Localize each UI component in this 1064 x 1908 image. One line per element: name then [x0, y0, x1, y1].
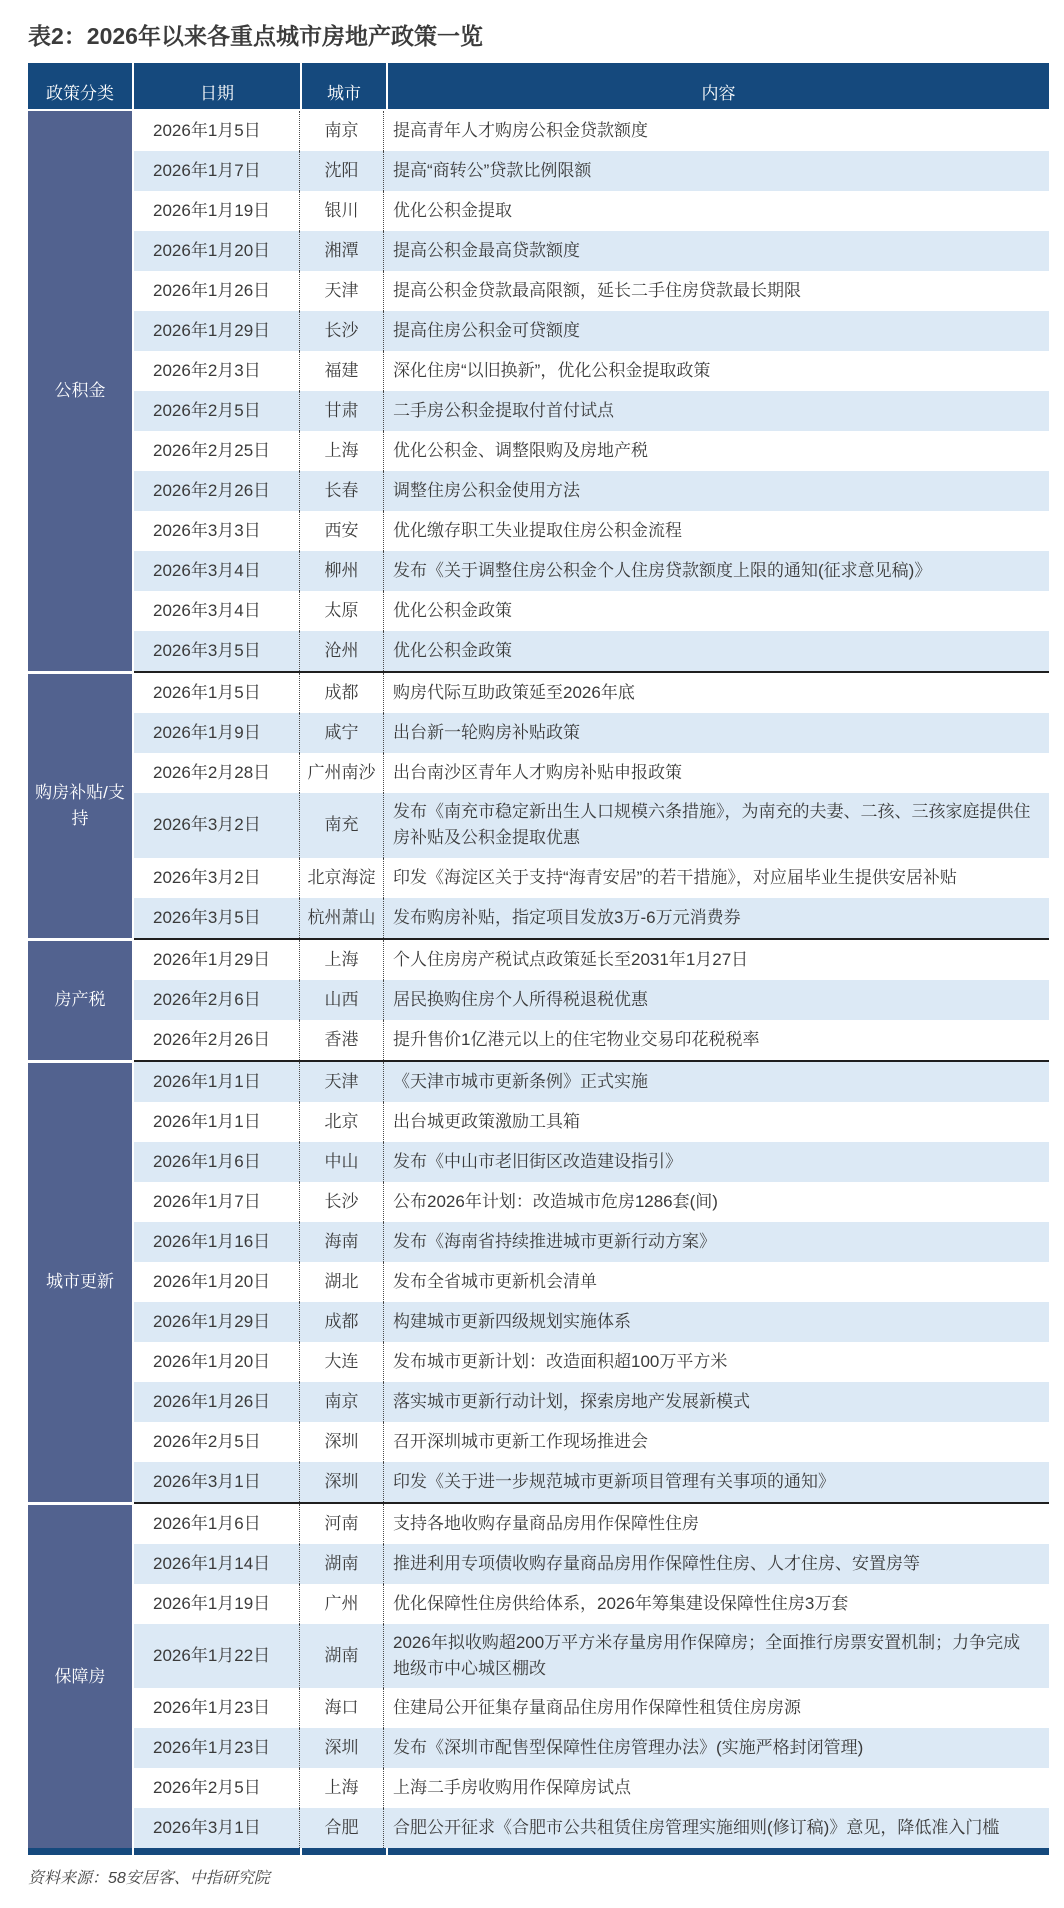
table-row: 2026年2月5日深圳召开深圳城市更新工作现场推进会: [134, 1422, 1049, 1462]
content-cell: 发布《关于调整住房公积金个人住房贷款额度上限的通知(征求意见稿)》: [384, 551, 1049, 591]
date-cell: 2026年1月20日: [134, 1262, 300, 1302]
table-row: 2026年1月23日海口住建局公开征集存量商品住房用作保障性租赁住房房源: [134, 1688, 1049, 1728]
city-cell: 南京: [300, 111, 384, 151]
content-cell: 二手房公积金提取付首付试点: [384, 391, 1049, 431]
content-cell: 出台南沙区青年人才购房补贴申报政策: [384, 753, 1049, 793]
table-row: 2026年3月4日太原优化公积金政策: [134, 591, 1049, 631]
city-cell: 上海: [300, 1768, 384, 1808]
city-cell: 天津: [300, 1062, 384, 1102]
table-row: 2026年1月1日北京出台城更政策激励工具箱: [134, 1102, 1049, 1142]
content-cell: 提高青年人才购房公积金贷款额度: [384, 111, 1049, 151]
content-cell: 优化保障性住房供给体系，2026年筹集建设保障性住房3万套: [384, 1584, 1049, 1624]
data-source-note: 资料来源：58安居客、中指研究院: [28, 1865, 1049, 1888]
city-cell: 湖南: [300, 1544, 384, 1584]
table-row: 2026年1月6日中山发布《中山市老旧街区改造建设指引》: [134, 1142, 1049, 1182]
content-cell: 落实城市更新行动计划，探索房地产发展新模式: [384, 1382, 1049, 1422]
table-row: 2026年1月29日长沙提高住房公积金可贷额度: [134, 311, 1049, 351]
date-cell: 2026年1月26日: [134, 271, 300, 311]
date-cell: 2026年1月26日: [134, 1382, 300, 1422]
category-cell: 公积金: [28, 111, 132, 671]
category-cell: 保障房: [28, 1505, 132, 1849]
city-cell: 山西: [300, 980, 384, 1020]
table-row: 2026年3月3日西安优化缴存职工失业提取住房公积金流程: [134, 511, 1049, 551]
table-row: 2026年1月20日湖北发布全省城市更新机会清单: [134, 1262, 1049, 1302]
table-row: 2026年1月19日广州优化保障性住房供给体系，2026年筹集建设保障性住房3万…: [134, 1584, 1049, 1624]
city-cell: 深圳: [300, 1422, 384, 1462]
category-cell: 房产税: [28, 941, 132, 1060]
date-cell: 2026年3月4日: [134, 551, 300, 591]
table-bottom-bar: [28, 1848, 1049, 1855]
policy-section: 公积金2026年1月5日南京提高青年人才购房公积金贷款额度2026年1月7日沈阳…: [28, 111, 1049, 671]
content-cell: 发布《海南省持续推进城市更新行动方案》: [384, 1222, 1049, 1262]
date-cell: 2026年3月5日: [134, 898, 300, 938]
table-row: 2026年2月26日香港提升售价1亿港元以上的住宅物业交易印花税税率: [134, 1020, 1049, 1060]
date-cell: 2026年2月5日: [134, 1768, 300, 1808]
content-cell: 住建局公开征集存量商品住房用作保障性租赁住房房源: [384, 1688, 1049, 1728]
city-cell: 香港: [300, 1020, 384, 1060]
date-cell: 2026年1月1日: [134, 1062, 300, 1102]
policy-section: 购房补贴/支持2026年1月5日成都购房代际互助政策延至2026年底2026年1…: [28, 671, 1049, 938]
content-cell: 《天津市城市更新条例》正式实施: [384, 1062, 1049, 1102]
section-rows: 2026年1月6日河南支持各地收购存量商品房用作保障性住房2026年1月14日湖…: [134, 1502, 1049, 1849]
date-cell: 2026年1月19日: [134, 191, 300, 231]
city-cell: 大连: [300, 1342, 384, 1382]
date-cell: 2026年1月7日: [134, 151, 300, 191]
city-cell: 长春: [300, 471, 384, 511]
city-cell: 南京: [300, 1382, 384, 1422]
table-row: 2026年1月14日湖南推进利用专项债收购存量商品房用作保障性住房、人才住房、安…: [134, 1544, 1049, 1584]
date-cell: 2026年3月2日: [134, 858, 300, 898]
date-cell: 2026年3月3日: [134, 511, 300, 551]
city-cell: 沈阳: [300, 151, 384, 191]
table-row: 2026年1月5日南京提高青年人才购房公积金贷款额度: [134, 111, 1049, 151]
city-cell: 海南: [300, 1222, 384, 1262]
policy-table: 政策分类 日期 城市 内容 公积金2026年1月5日南京提高青年人才购房公积金贷…: [28, 63, 1049, 1855]
date-cell: 2026年2月5日: [134, 1422, 300, 1462]
table-row: 2026年1月1日天津《天津市城市更新条例》正式实施: [134, 1062, 1049, 1102]
city-cell: 北京: [300, 1102, 384, 1142]
content-cell: 召开深圳城市更新工作现场推进会: [384, 1422, 1049, 1462]
city-cell: 福建: [300, 351, 384, 391]
date-cell: 2026年3月4日: [134, 591, 300, 631]
content-cell: 深化住房“以旧换新”，优化公积金提取政策: [384, 351, 1049, 391]
content-cell: 提升售价1亿港元以上的住宅物业交易印花税税率: [384, 1020, 1049, 1060]
content-cell: 印发《海淀区关于支持“海青安居”的若干措施》，对应届毕业生提供安居补贴: [384, 858, 1049, 898]
content-cell: 出台城更政策激励工具箱: [384, 1102, 1049, 1142]
date-cell: 2026年1月6日: [134, 1504, 300, 1544]
date-cell: 2026年1月1日: [134, 1102, 300, 1142]
date-cell: 2026年1月14日: [134, 1544, 300, 1584]
date-cell: 2026年1月5日: [134, 111, 300, 151]
date-cell: 2026年2月6日: [134, 980, 300, 1020]
content-cell: 印发《关于进一步规范城市更新项目管理有关事项的通知》: [384, 1462, 1049, 1502]
table-row: 2026年1月20日大连发布城市更新计划：改造面积超100万平方米: [134, 1342, 1049, 1382]
content-cell: 发布购房补贴，指定项目发放3万-6万元消费券: [384, 898, 1049, 938]
content-cell: 提高公积金贷款最高限额，延长二手住房贷款最长期限: [384, 271, 1049, 311]
date-cell: 2026年1月20日: [134, 1342, 300, 1382]
table-row: 2026年1月23日深圳发布《深圳市配售型保障性住房管理办法》(实施严格封闭管理…: [134, 1728, 1049, 1768]
section-rows: 2026年1月5日南京提高青年人才购房公积金贷款额度2026年1月7日沈阳提高“…: [134, 111, 1049, 671]
header-cell-date: 日期: [134, 63, 300, 109]
table-row: 2026年1月16日海南发布《海南省持续推进城市更新行动方案》: [134, 1222, 1049, 1262]
city-cell: 西安: [300, 511, 384, 551]
city-cell: 合肥: [300, 1808, 384, 1848]
city-cell: 湖北: [300, 1262, 384, 1302]
city-cell: 咸宁: [300, 713, 384, 753]
content-cell: 发布全省城市更新机会清单: [384, 1262, 1049, 1302]
content-cell: 优化公积金政策: [384, 631, 1049, 671]
table-row: 2026年1月26日天津提高公积金贷款最高限额，延长二手住房贷款最长期限: [134, 271, 1049, 311]
date-cell: 2026年1月22日: [134, 1624, 300, 1689]
city-cell: 太原: [300, 591, 384, 631]
table-row: 2026年2月5日甘肃二手房公积金提取付首付试点: [134, 391, 1049, 431]
date-cell: 2026年2月3日: [134, 351, 300, 391]
table-row: 2026年2月3日福建深化住房“以旧换新”，优化公积金提取政策: [134, 351, 1049, 391]
header-cell-category: 政策分类: [28, 63, 132, 109]
content-cell: 公布2026年计划：改造城市危房1286套(间): [384, 1182, 1049, 1222]
policy-section: 城市更新2026年1月1日天津《天津市城市更新条例》正式实施2026年1月1日北…: [28, 1060, 1049, 1502]
table-body: 公积金2026年1月5日南京提高青年人才购房公积金贷款额度2026年1月7日沈阳…: [28, 111, 1049, 1848]
table-row: 2026年3月4日柳州发布《关于调整住房公积金个人住房贷款额度上限的通知(征求意…: [134, 551, 1049, 591]
city-cell: 中山: [300, 1142, 384, 1182]
city-cell: 湘潭: [300, 231, 384, 271]
table-row: 2026年1月26日南京落实城市更新行动计划，探索房地产发展新模式: [134, 1382, 1049, 1422]
city-cell: 广州: [300, 1584, 384, 1624]
city-cell: 南充: [300, 793, 384, 858]
header-cell-city: 城市: [302, 63, 386, 109]
content-cell: 发布《深圳市配售型保障性住房管理办法》(实施严格封闭管理): [384, 1728, 1049, 1768]
section-rows: 2026年1月5日成都购房代际互助政策延至2026年底2026年1月9日咸宁出台…: [134, 671, 1049, 938]
category-cell: 购房补贴/支持: [28, 674, 132, 938]
date-cell: 2026年3月1日: [134, 1462, 300, 1502]
date-cell: 2026年1月5日: [134, 673, 300, 713]
table-row: 2026年1月29日上海个人住房房产税试点政策延长至2031年1月27日: [134, 940, 1049, 980]
date-cell: 2026年3月2日: [134, 793, 300, 858]
city-cell: 上海: [300, 940, 384, 980]
bottom-bar-segment: [134, 1848, 300, 1855]
table-row: 2026年3月1日深圳印发《关于进一步规范城市更新项目管理有关事项的通知》: [134, 1462, 1049, 1502]
date-cell: 2026年1月29日: [134, 1302, 300, 1342]
content-cell: 优化公积金提取: [384, 191, 1049, 231]
content-cell: 上海二手房收购用作保障房试点: [384, 1768, 1049, 1808]
city-cell: 河南: [300, 1504, 384, 1544]
policy-section: 保障房2026年1月6日河南支持各地收购存量商品房用作保障性住房2026年1月1…: [28, 1502, 1049, 1849]
date-cell: 2026年1月6日: [134, 1142, 300, 1182]
table-row: 2026年1月7日沈阳提高“商转公”贷款比例限额: [134, 151, 1049, 191]
bottom-bar-segment: [302, 1848, 386, 1855]
city-cell: 成都: [300, 1302, 384, 1342]
date-cell: 2026年1月23日: [134, 1688, 300, 1728]
page: 表2：2026年以来各重点城市房地产政策一览 政策分类 日期 城市 内容 公积金…: [0, 0, 1064, 1908]
table-row: 2026年1月22日湖南2026年拟收购超200万平方米存量房用作保障房；全面推…: [134, 1624, 1049, 1689]
city-cell: 深圳: [300, 1462, 384, 1502]
date-cell: 2026年1月19日: [134, 1584, 300, 1624]
header-cell-content: 内容: [388, 63, 1049, 109]
date-cell: 2026年1月20日: [134, 231, 300, 271]
table-row: 2026年3月2日北京海淀印发《海淀区关于支持“海青安居”的若干措施》，对应届毕…: [134, 858, 1049, 898]
date-cell: 2026年1月23日: [134, 1728, 300, 1768]
bottom-bar-segment: [28, 1848, 132, 1855]
table-row: 2026年2月6日山西居民换购住房个人所得税退税优惠: [134, 980, 1049, 1020]
date-cell: 2026年1月29日: [134, 940, 300, 980]
content-cell: 提高公积金最高贷款额度: [384, 231, 1049, 271]
content-cell: 支持各地收购存量商品房用作保障性住房: [384, 1504, 1049, 1544]
section-rows: 2026年1月1日天津《天津市城市更新条例》正式实施2026年1月1日北京出台城…: [134, 1060, 1049, 1502]
date-cell: 2026年2月25日: [134, 431, 300, 471]
content-cell: 提高“商转公”贷款比例限额: [384, 151, 1049, 191]
content-cell: 发布《中山市老旧街区改造建设指引》: [384, 1142, 1049, 1182]
table-row: 2026年3月1日合肥合肥公开征求《合肥市公共租赁住房管理实施细则(修订稿)》意…: [134, 1808, 1049, 1848]
city-cell: 成都: [300, 673, 384, 713]
section-rows: 2026年1月29日上海个人住房房产税试点政策延长至2031年1月27日2026…: [134, 938, 1049, 1060]
table-row: 2026年1月19日银川优化公积金提取: [134, 191, 1049, 231]
city-cell: 长沙: [300, 1182, 384, 1222]
content-cell: 出台新一轮购房补贴政策: [384, 713, 1049, 753]
date-cell: 2026年1月29日: [134, 311, 300, 351]
table-row: 2026年1月29日成都构建城市更新四级规划实施体系: [134, 1302, 1049, 1342]
table-row: 2026年2月28日广州南沙出台南沙区青年人才购房补贴申报政策: [134, 753, 1049, 793]
date-cell: 2026年2月5日: [134, 391, 300, 431]
content-cell: 居民换购住房个人所得税退税优惠: [384, 980, 1049, 1020]
content-cell: 优化缴存职工失业提取住房公积金流程: [384, 511, 1049, 551]
city-cell: 广州南沙: [300, 753, 384, 793]
table-row: 2026年1月7日长沙公布2026年计划：改造城市危房1286套(间): [134, 1182, 1049, 1222]
city-cell: 银川: [300, 191, 384, 231]
content-cell: 合肥公开征求《合肥市公共租赁住房管理实施细则(修订稿)》意见，降低准入门槛: [384, 1808, 1049, 1848]
date-cell: 2026年3月5日: [134, 631, 300, 671]
table-row: 2026年1月5日成都购房代际互助政策延至2026年底: [134, 673, 1049, 713]
content-cell: 2026年拟收购超200万平方米存量房用作保障房；全面推行房票安置机制；力争完成…: [384, 1624, 1049, 1689]
city-cell: 湖南: [300, 1624, 384, 1689]
content-cell: 提高住房公积金可贷额度: [384, 311, 1049, 351]
table-row: 2026年1月6日河南支持各地收购存量商品房用作保障性住房: [134, 1504, 1049, 1544]
date-cell: 2026年1月16日: [134, 1222, 300, 1262]
city-cell: 柳州: [300, 551, 384, 591]
content-cell: 购房代际互助政策延至2026年底: [384, 673, 1049, 713]
content-cell: 个人住房房产税试点政策延长至2031年1月27日: [384, 940, 1049, 980]
city-cell: 北京海淀: [300, 858, 384, 898]
date-cell: 2026年2月28日: [134, 753, 300, 793]
table-row: 2026年2月25日上海优化公积金、调整限购及房地产税: [134, 431, 1049, 471]
content-cell: 调整住房公积金使用方法: [384, 471, 1049, 511]
content-cell: 推进利用专项债收购存量商品房用作保障性住房、人才住房、安置房等: [384, 1544, 1049, 1584]
content-cell: 构建城市更新四级规划实施体系: [384, 1302, 1049, 1342]
table-row: 2026年2月5日上海上海二手房收购用作保障房试点: [134, 1768, 1049, 1808]
table-title: 表2：2026年以来各重点城市房地产政策一览: [28, 18, 1049, 51]
category-cell: 城市更新: [28, 1063, 132, 1502]
city-cell: 深圳: [300, 1728, 384, 1768]
date-cell: 2026年1月9日: [134, 713, 300, 753]
city-cell: 杭州萧山: [300, 898, 384, 938]
table-row: 2026年1月20日湘潭提高公积金最高贷款额度: [134, 231, 1049, 271]
city-cell: 长沙: [300, 311, 384, 351]
city-cell: 天津: [300, 271, 384, 311]
table-row: 2026年3月5日沧州优化公积金政策: [134, 631, 1049, 671]
bottom-bar-segment: [388, 1848, 1049, 1855]
date-cell: 2026年3月1日: [134, 1808, 300, 1848]
content-cell: 优化公积金政策: [384, 591, 1049, 631]
city-cell: 海口: [300, 1688, 384, 1728]
date-cell: 2026年1月7日: [134, 1182, 300, 1222]
content-cell: 优化公积金、调整限购及房地产税: [384, 431, 1049, 471]
content-cell: 发布《南充市稳定新出生人口规模六条措施》，为南充的夫妻、二孩、三孩家庭提供住房补…: [384, 793, 1049, 858]
city-cell: 沧州: [300, 631, 384, 671]
table-row: 2026年2月26日长春调整住房公积金使用方法: [134, 471, 1049, 511]
table-header-row: 政策分类 日期 城市 内容: [28, 63, 1049, 109]
table-row: 2026年3月5日杭州萧山发布购房补贴，指定项目发放3万-6万元消费券: [134, 898, 1049, 938]
date-cell: 2026年2月26日: [134, 471, 300, 511]
policy-section: 房产税2026年1月29日上海个人住房房产税试点政策延长至2031年1月27日2…: [28, 938, 1049, 1060]
city-cell: 上海: [300, 431, 384, 471]
date-cell: 2026年2月26日: [134, 1020, 300, 1060]
table-row: 2026年3月2日南充发布《南充市稳定新出生人口规模六条措施》，为南充的夫妻、二…: [134, 793, 1049, 858]
city-cell: 甘肃: [300, 391, 384, 431]
content-cell: 发布城市更新计划：改造面积超100万平方米: [384, 1342, 1049, 1382]
table-row: 2026年1月9日咸宁出台新一轮购房补贴政策: [134, 713, 1049, 753]
